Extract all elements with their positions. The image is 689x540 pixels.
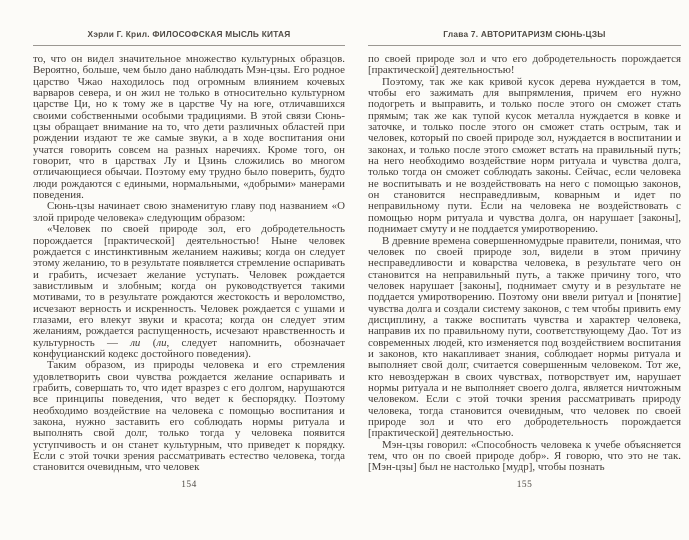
paragraph: В древние времена совершенномудрые прави…	[368, 236, 681, 440]
page-number-right: 155	[368, 480, 681, 490]
text-run: по своей природе зол и что его добродете…	[368, 53, 681, 76]
running-head-left: Хэрли Г. Крил. ФИЛОСОФСКАЯ МЫСЛЬ КИТАЯ	[33, 28, 345, 40]
page-body-right: по своей природе зол и что его добродете…	[368, 54, 681, 474]
header-rule-left	[33, 45, 345, 46]
paragraph: Таким образом, из природы человека и его…	[33, 360, 345, 473]
text-run: «Человек по своей природе зол, его добро…	[33, 223, 345, 348]
italic-term: ли	[130, 337, 140, 349]
text-run: (	[140, 337, 156, 349]
paragraph: Сюнь-цзы начинает свою знаменитую главу …	[33, 201, 345, 224]
paragraph: «Человек по своей природе зол, его добро…	[33, 224, 345, 360]
text-run: Таким образом, из природы человека и его…	[33, 359, 345, 473]
paragraph: Поэтому, так же как кривой кусок дерева …	[368, 77, 681, 236]
paragraph: то, что он видел значительное множество …	[33, 54, 345, 201]
text-run: Поэтому, так же как кривой кусок дерева …	[368, 76, 681, 235]
page-number-left: 154	[33, 480, 345, 490]
paragraph: по своей природе зол и что его добродете…	[368, 54, 681, 77]
book-spread: Хэрли Г. Крил. ФИЛОСОФСКАЯ МЫСЛЬ КИТАЯ т…	[0, 0, 689, 540]
italic-term: ли	[156, 337, 166, 349]
header-rule-right	[368, 45, 681, 46]
page-body-left: то, что он видел значительное множество …	[33, 54, 345, 474]
page-left: Хэрли Г. Крил. ФИЛОСОФСКАЯ МЫСЛЬ КИТАЯ т…	[33, 28, 345, 490]
page-right: Глава 7. АВТОРИТАРИЗМ СЮНЬ-ЦЗЫ по своей …	[368, 28, 681, 490]
running-head-right: Глава 7. АВТОРИТАРИЗМ СЮНЬ-ЦЗЫ	[368, 28, 681, 40]
text-run: Мэн-цзы говорил: «Способность человека к…	[368, 439, 681, 474]
paragraph: Мэн-цзы говорил: «Способность человека к…	[368, 440, 681, 474]
text-run: В древние времена совершенномудрые прави…	[368, 235, 681, 440]
text-run: то, что он видел значительное множество …	[33, 53, 345, 201]
text-run: Сюнь-цзы начинает свою знаменитую главу …	[33, 200, 345, 223]
